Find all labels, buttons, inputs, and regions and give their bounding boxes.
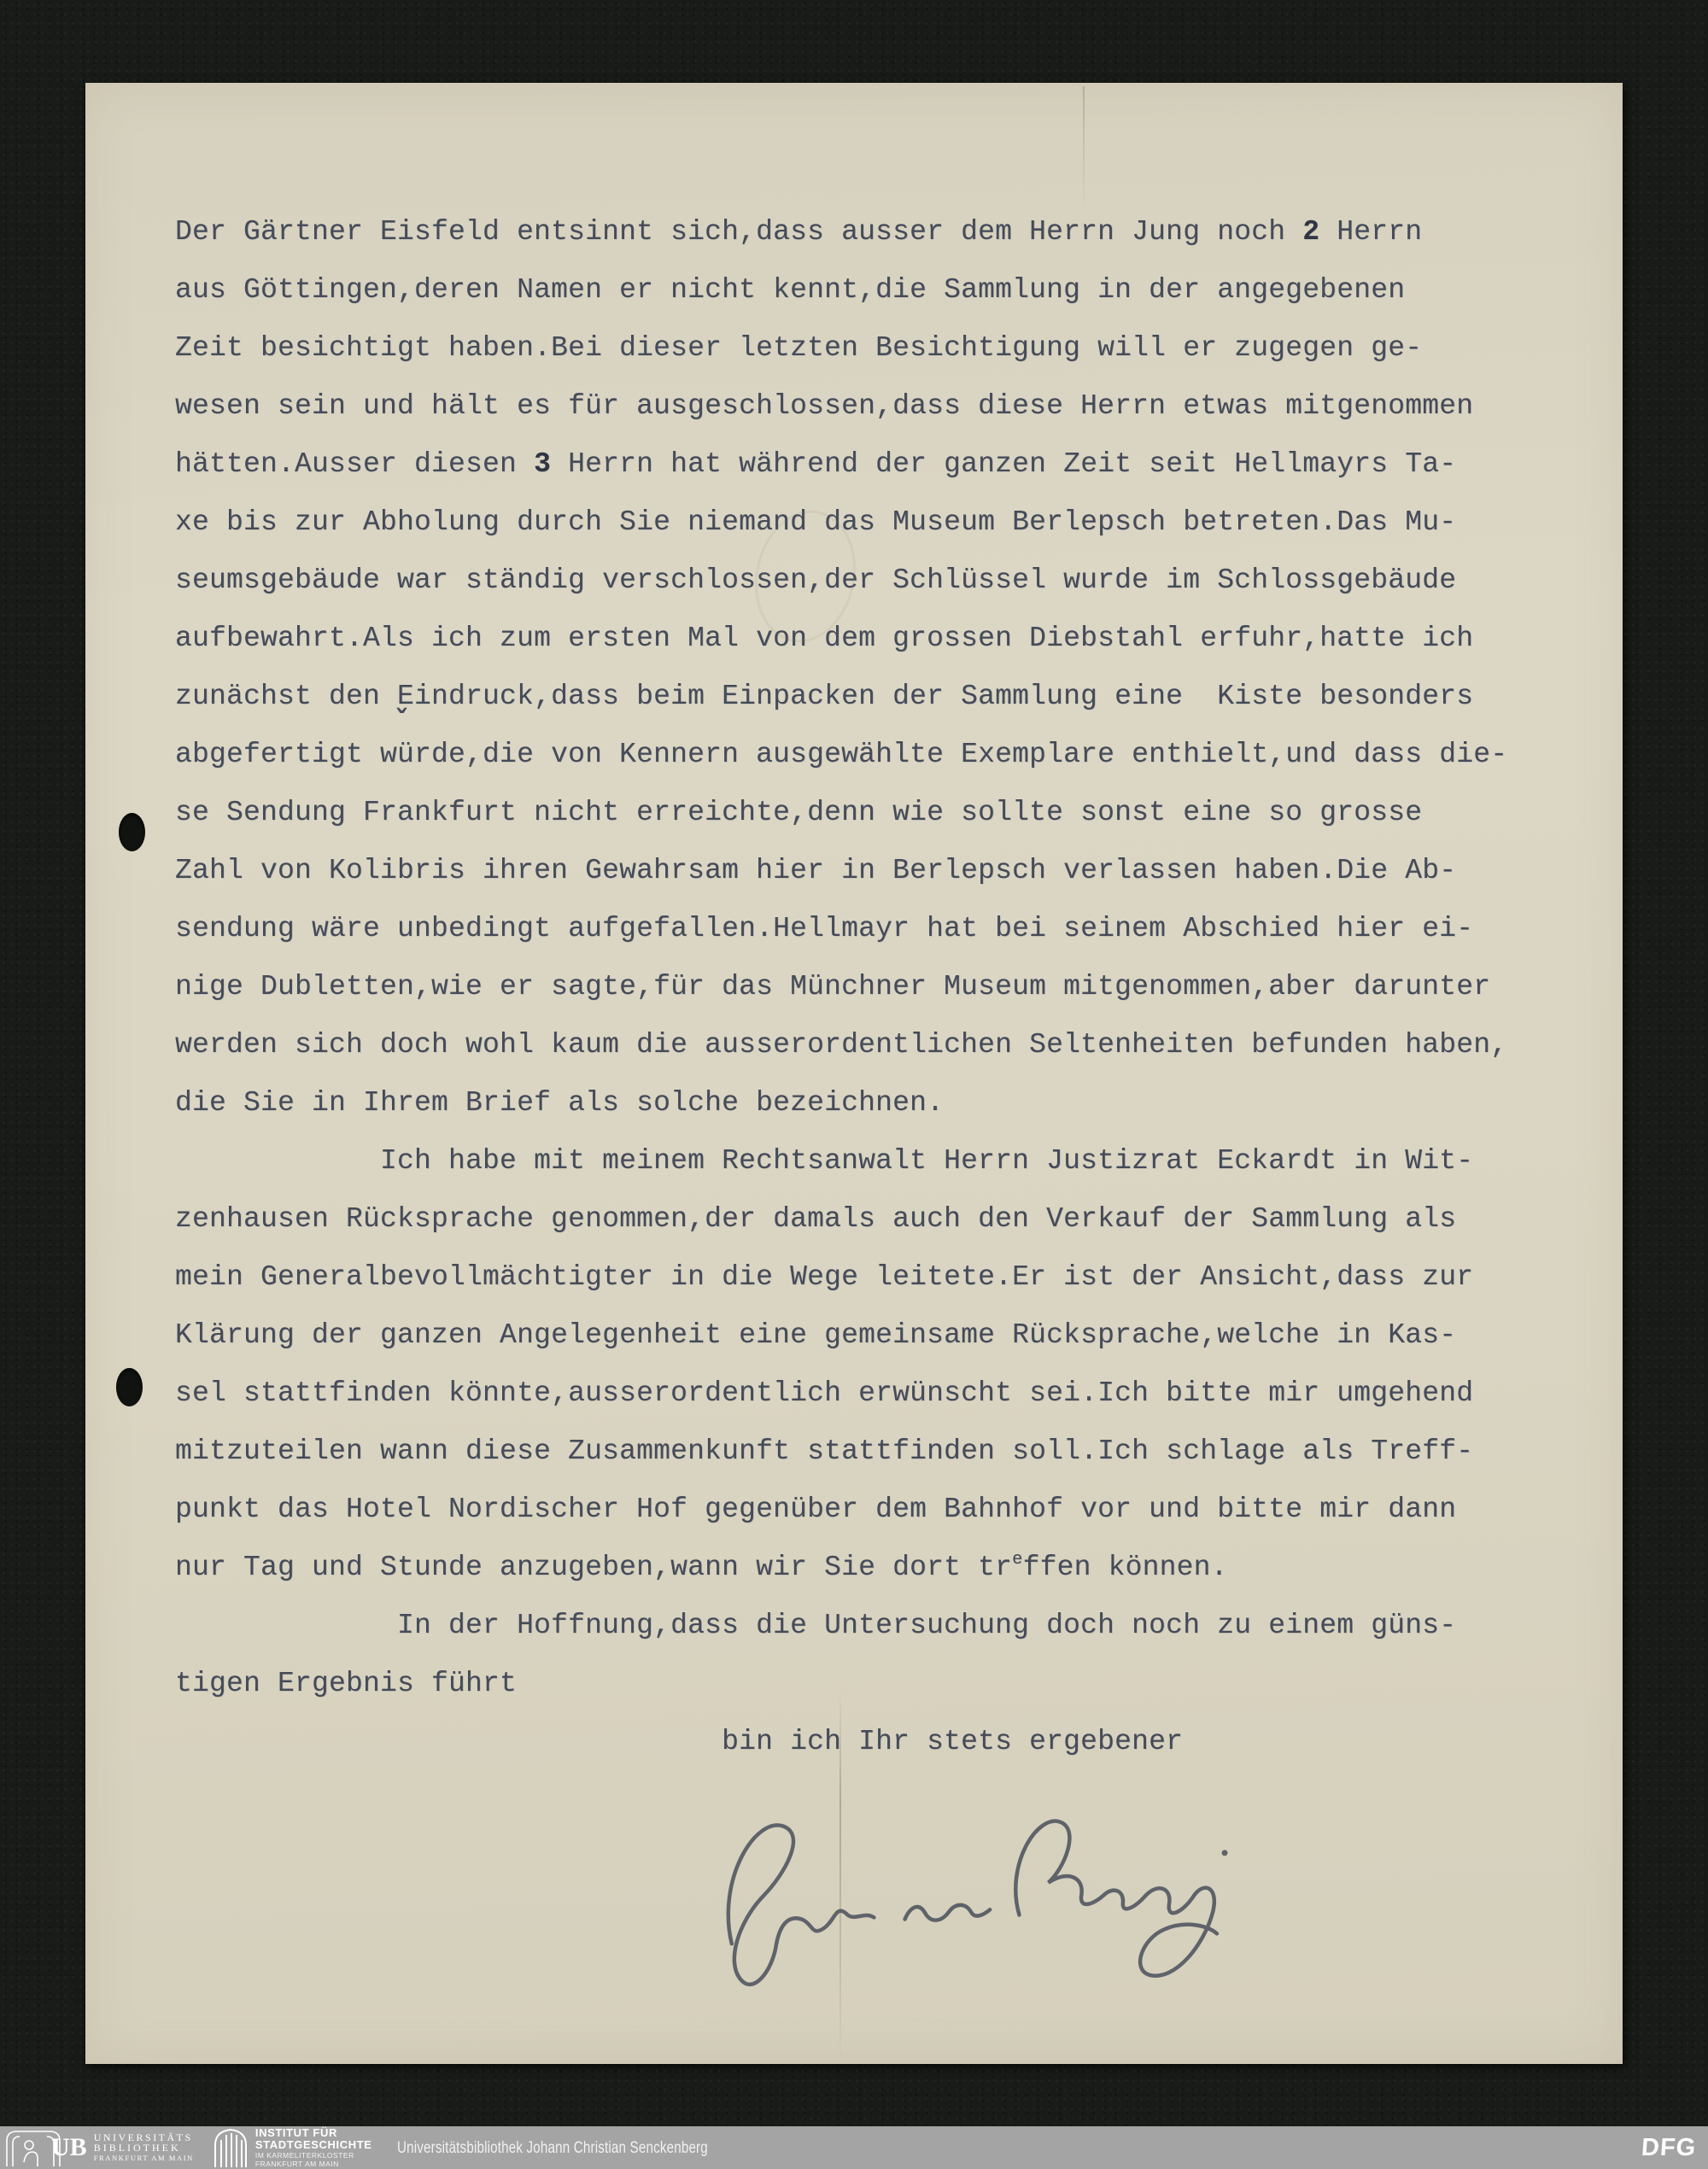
- letter-line: aufbewahrt.Als ich zum ersten Mal von de…: [175, 610, 1559, 668]
- ub-library-name: UNIVERSITÄTS BIBLIOTHEK FRANKFURT AM MAI…: [94, 2132, 194, 2163]
- footer-logos: UB UNIVERSITÄTS BIBLIOTHEK FRANKFURT AM …: [0, 2126, 372, 2169]
- letter-line: sendung wäre unbedingt aufgefallen.Hellm…: [175, 900, 1559, 958]
- dfg-logo: DFG: [1640, 2126, 1698, 2169]
- scan-viewer-background: Der Gärtner Eisfeld entsinnt sich,dass a…: [0, 0, 1708, 2169]
- letter-line: wesen sein und hält es für ausgeschlosse…: [175, 377, 1559, 436]
- letter-line: se Sendung Frankfurt nicht erreichte,den…: [175, 784, 1559, 842]
- library-title-text: Universitätsbibliothek Johann Christian …: [397, 2138, 708, 2158]
- letter-line: Klärung der ganzen Angelegenheit eine ge…: [175, 1307, 1559, 1365]
- gothic-window-icon: [213, 2128, 249, 2167]
- ub-abbr-label: UB: [51, 2133, 87, 2162]
- letter-line: Der Gärtner Eisfeld entsinnt sich,dass a…: [175, 203, 1559, 261]
- handwritten-signature-icon: [677, 1748, 1279, 2035]
- letter-line: mein Generalbevollmächtigter in die Wege…: [175, 1248, 1559, 1307]
- institut-line-3: IM KARMELITERKLOSTER: [255, 2151, 372, 2160]
- ub-logo: UB UNIVERSITÄTS BIBLIOTHEK FRANKFURT AM …: [3, 2128, 194, 2167]
- institut-line-2: STADTGESCHICHTE: [255, 2139, 372, 2151]
- letter-line: mitzuteilen wann diese Zusammenkunft sta…: [175, 1423, 1559, 1481]
- letter-line: seumsgebäude war ständig verschlossen,de…: [175, 552, 1559, 610]
- letter-line: Zeit besichtigt haben.Bei dieser letzten…: [175, 319, 1559, 377]
- letter-line: aus Göttingen,deren Namen er nicht kennt…: [175, 261, 1559, 319]
- letter-line: tigen Ergebnis führt: [175, 1655, 1559, 1713]
- handwritten-correction-mark: ˇ: [395, 704, 409, 739]
- letter-line: sel stattfinden könnte,ausserordentlich …: [175, 1365, 1559, 1423]
- letter-line: abgefertigt würde,die von Kennern ausgew…: [175, 726, 1559, 784]
- institut-line-1: INSTITUT FÜR: [255, 2127, 372, 2139]
- letter-line: Ich habe mit meinem Rechtsanwalt Herrn J…: [175, 1132, 1559, 1190]
- letter-line: zenhausen Rücksprache genommen,der damal…: [175, 1190, 1559, 1248]
- institut-name: INSTITUT FÜR STADTGESCHICHTE IM KARMELIT…: [255, 2127, 372, 2168]
- institut-line-4: FRANKFURT AM MAIN: [255, 2160, 372, 2168]
- letter-line: werden sich doch wohl kaum die ausserord…: [175, 1016, 1559, 1074]
- letter-line: In der Hoffnung,dass die Untersuchung do…: [175, 1597, 1559, 1655]
- punch-hole-bottom: [116, 1368, 143, 1406]
- letter-line: xe bis zur Abholung durch Sie niemand da…: [175, 494, 1559, 552]
- footer-library-title: Universitätsbibliothek Johann Christian …: [397, 2126, 796, 2169]
- letter-line: zunächst den Eindruck,dass beim Einpacke…: [175, 668, 1559, 726]
- letter-line: die Sie in Ihrem Brief als solche bezeic…: [175, 1074, 1559, 1132]
- letter-page: Der Gärtner Eisfeld entsinnt sich,dass a…: [85, 83, 1623, 2064]
- letter-line: hätten.Ausser diesen 3 Herrn hat während…: [175, 436, 1559, 494]
- institut-logo: [213, 2128, 249, 2167]
- letter-line: Zahl von Kolibris ihren Gewahrsam hier i…: [175, 842, 1559, 900]
- letter-body: Der Gärtner Eisfeld entsinnt sich,dass a…: [175, 203, 1559, 1771]
- punch-hole-top: [119, 813, 145, 851]
- letter-line: bin ich Ihr stets ergebener: [175, 1713, 1559, 1771]
- ub-line-3: FRANKFURT AM MAIN: [94, 2153, 194, 2163]
- letter-line: nige Dubletten,wie er sagte,für das Münc…: [175, 958, 1559, 1016]
- letter-line: nur Tag und Stunde anzugeben,wann wir Si…: [175, 1539, 1559, 1597]
- footer-bar: UB UNIVERSITÄTS BIBLIOTHEK FRANKFURT AM …: [0, 2126, 1708, 2169]
- paper-fold-crease-top: [1083, 86, 1085, 214]
- letter-line: punkt das Hotel Nordischer Hof gegenüber…: [175, 1481, 1559, 1539]
- ub-line-2: BIBLIOTHEK: [94, 2143, 194, 2153]
